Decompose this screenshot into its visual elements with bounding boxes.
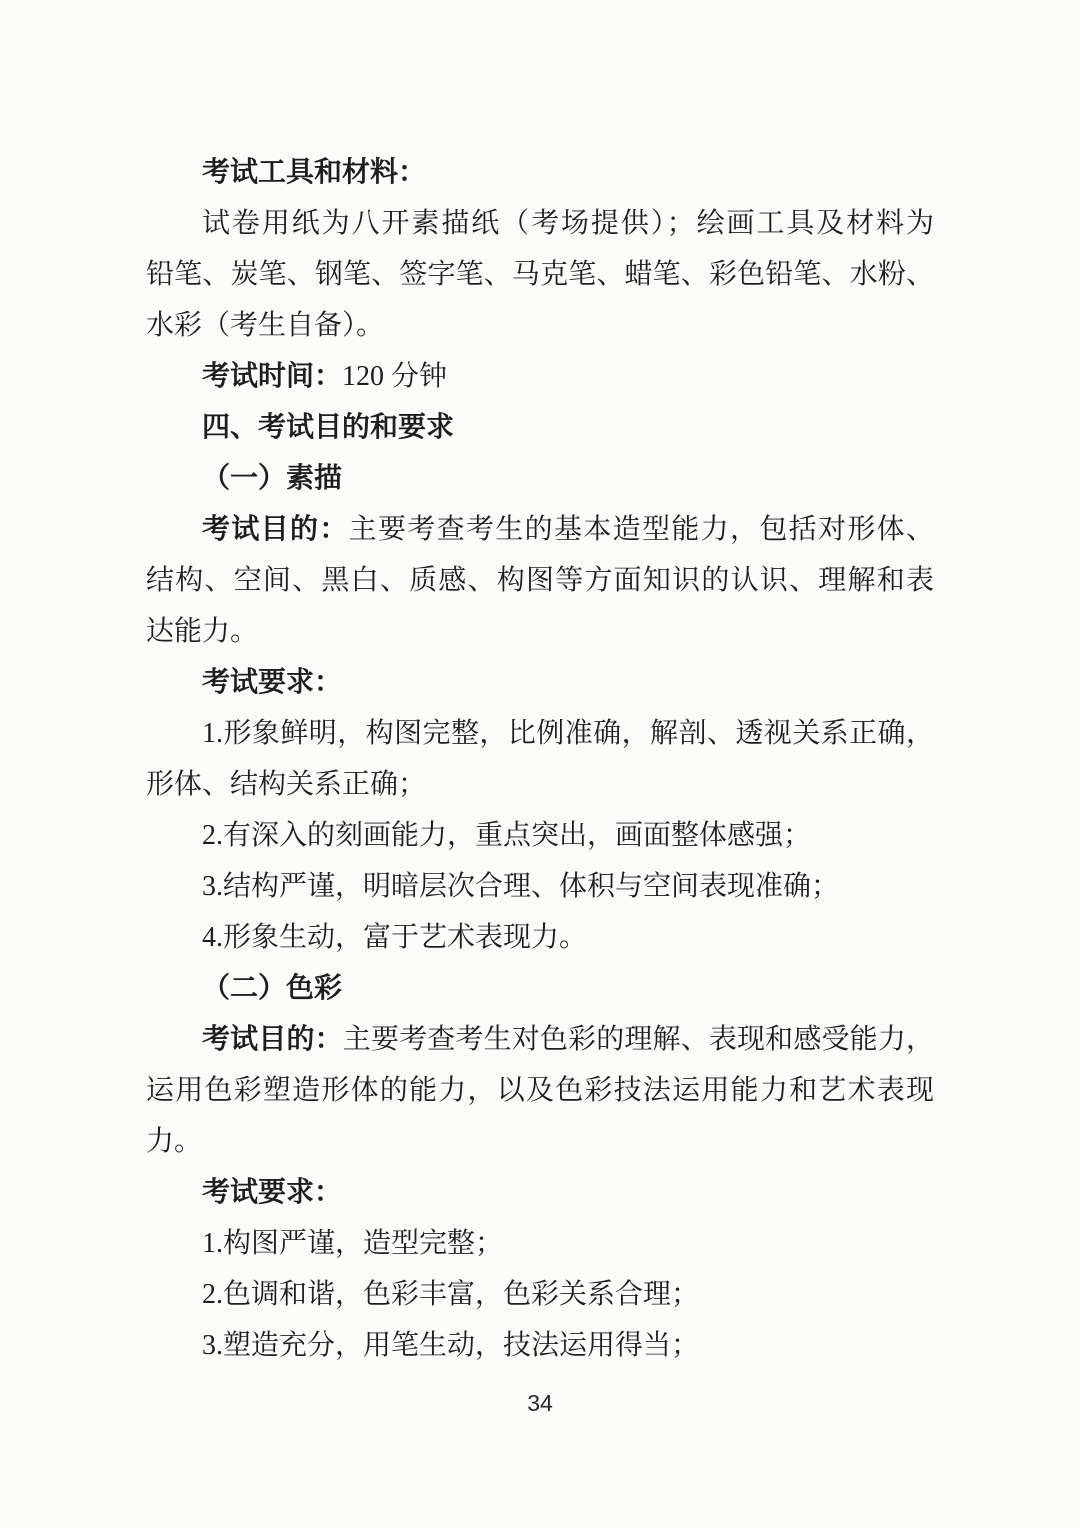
sketch-purpose-line-3: 达能力。 <box>146 606 934 657</box>
sketch-purpose-line-2: 结构、空间、黑白、质感、构图等方面知识的认识、理解和表 <box>146 555 934 606</box>
sketch-req-item4: 4.形象生动，富于艺术表现力。 <box>146 912 934 963</box>
color-heading: （二）色彩 <box>146 963 934 1014</box>
color-req-item2: 2.色调和谐，色彩丰富，色彩关系合理； <box>146 1269 934 1320</box>
color-purpose-line-2: 运用色彩塑造形体的能力，以及色彩技法运用能力和艺术表现 <box>146 1065 934 1116</box>
sketch-requirements-heading: 考试要求： <box>146 657 934 708</box>
sketch-req-item2: 2.有深入的刻画能力，重点突出，画面整体感强； <box>146 810 934 861</box>
tools-heading: 考试工具和材料： <box>146 147 934 198</box>
color-req-item1: 1.构图严谨，造型完整； <box>146 1218 934 1269</box>
tools-paragraph-line-1: 试卷用纸为八开素描纸（考场提供）；绘画工具及材料为 <box>146 198 934 249</box>
sketch-req-item3: 3.结构严谨，明暗层次合理、体积与空间表现准确； <box>146 861 934 912</box>
color-requirements-heading: 考试要求： <box>146 1167 934 1218</box>
section4-heading: 四、考试目的和要求 <box>146 402 934 453</box>
tools-paragraph-line-3: 水彩（考生自备）。 <box>146 300 934 351</box>
color-purpose-line-1: 考试目的：主要考查考生对色彩的理解、表现和感受能力， <box>146 1014 934 1065</box>
page-number: 34 <box>0 1390 1080 1417</box>
sketch-heading: （一）素描 <box>146 453 934 504</box>
color-purpose-label: 考试目的： <box>202 1024 343 1055</box>
exam-time-value: 120 分钟 <box>342 361 447 392</box>
exam-time-line: 考试时间：120 分钟 <box>146 351 934 402</box>
tools-paragraph-line-2: 铅笔、炭笔、钢笔、签字笔、马克笔、蜡笔、彩色铅笔、水粉、 <box>146 249 934 300</box>
color-req-item3: 3.塑造充分，用笔生动，技法运用得当； <box>146 1320 934 1371</box>
document-page: 考试工具和材料： 试卷用纸为八开素描纸（考场提供）；绘画工具及材料为 铅笔、炭笔… <box>0 0 1080 1528</box>
sketch-req-item1-line-1: 1.形象鲜明，构图完整，比例准确，解剖、透视关系正确， <box>146 708 934 759</box>
sketch-req-item1-line-2: 形体、结构关系正确； <box>146 759 934 810</box>
color-purpose-line-3: 力。 <box>146 1116 934 1167</box>
exam-time-label: 考试时间： <box>202 361 342 392</box>
sketch-purpose-line-1: 考试目的：主要考查考生的基本造型能力，包括对形体、 <box>146 504 934 555</box>
color-purpose-text: 主要考查考生对色彩的理解、表现和感受能力， <box>343 1024 934 1055</box>
sketch-purpose-text: 主要考查考生的基本造型能力，包括对形体、 <box>349 514 934 545</box>
document-content: 考试工具和材料： 试卷用纸为八开素描纸（考场提供）；绘画工具及材料为 铅笔、炭笔… <box>0 0 1080 1371</box>
sketch-purpose-label: 考试目的： <box>202 514 349 545</box>
